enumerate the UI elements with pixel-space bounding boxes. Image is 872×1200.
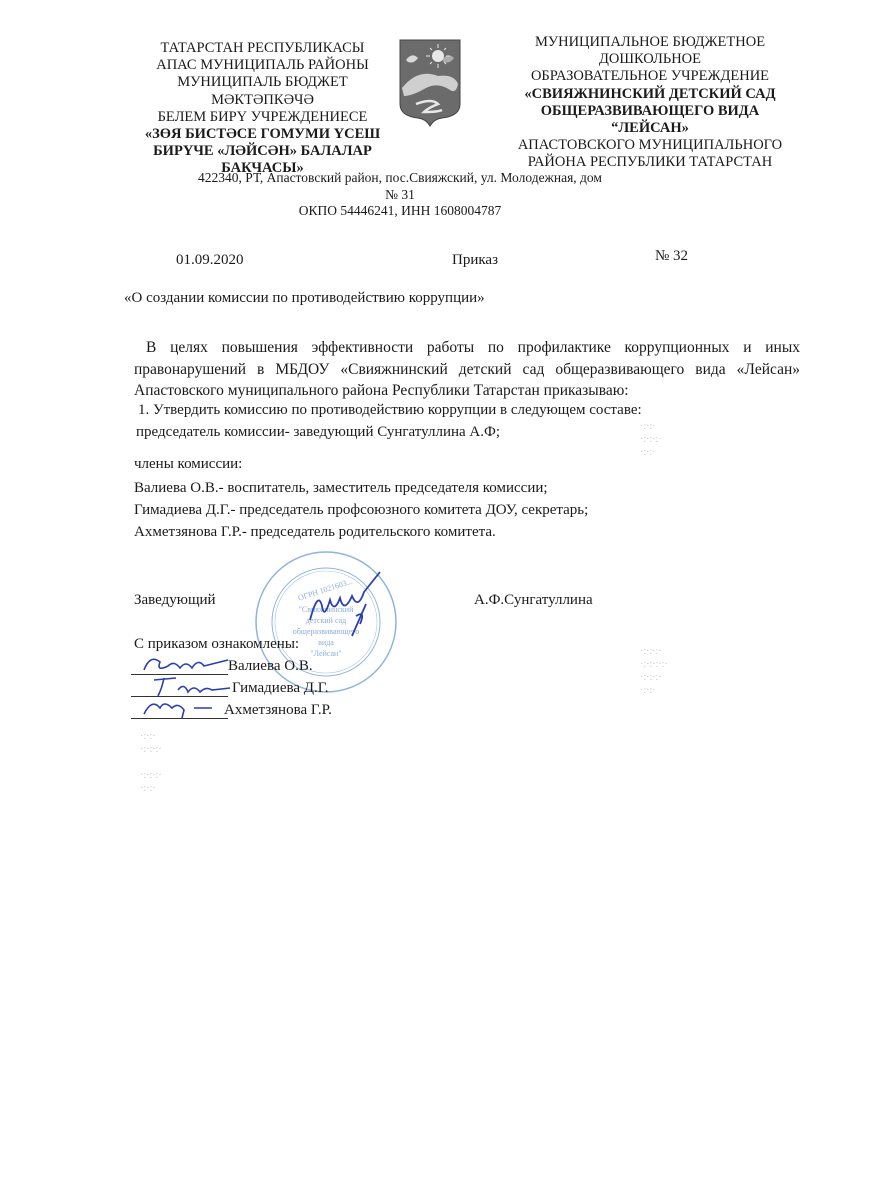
order-preamble: В целях повышения эффективности работы п… bbox=[134, 337, 800, 402]
acknowledgement-label: С приказом ознакомлены: bbox=[134, 636, 299, 653]
header-left-line: АПАС МУНИЦИПАЛЬ РАЙОНЫ bbox=[120, 57, 405, 74]
registry-codes: ОКПО 54446241, ИНН 1608004787 bbox=[190, 203, 610, 220]
order-date: 01.09.2020 bbox=[176, 252, 244, 269]
header-left-line: МУНИЦИПАЛЬ БЮДЖЕТ bbox=[120, 74, 405, 91]
order-title: «О создании комиссии по противодействию … bbox=[124, 290, 485, 307]
commission-chair: председатель комиссии- заведующий Сунгат… bbox=[136, 424, 500, 441]
header-right-bold-line: “ЛЕЙСАН» bbox=[500, 120, 800, 137]
address: 422340, РТ, Апастовский район, пос.Свияж… bbox=[190, 170, 610, 203]
header-left-line: ТАТАРСТАН РЕСПУБЛИКАСЫ bbox=[120, 40, 405, 57]
header-left-tatar: ТАТАРСТАН РЕСПУБЛИКАСЫ АПАС МУНИЦИПАЛЬ Р… bbox=[120, 40, 405, 178]
member-line: Валиева О.В.- воспитатель, заместитель п… bbox=[134, 480, 548, 497]
bleed-through-text: ·:·:··:·:·:··:·:· bbox=[640, 420, 662, 459]
order-number: № 32 bbox=[655, 248, 688, 265]
signatory-position: Заведующий bbox=[134, 592, 216, 609]
ack-name: Ахметзянова Г.Р. bbox=[224, 702, 332, 719]
header-right-bold-line: «СВИЯЖНИНСКИЙ ДЕТСКИЙ САД bbox=[500, 86, 800, 103]
header-left-bold-line: БИРҮЧЕ «ЛӘЙСӘН» БАЛАЛАР bbox=[120, 143, 405, 160]
bleed-through-text: ·:·:··:·:·:··:·:·:··:·:· bbox=[140, 730, 162, 795]
header-left-line: МӘКТӘПКӘЧӘ bbox=[120, 92, 405, 109]
member-line: Гимадиева Д.Г.- председатель профсоюзног… bbox=[134, 502, 588, 519]
header-right-russian: МУНИЦИПАЛЬНОЕ БЮДЖЕТНОЕ ДОШКОЛЬНОЕ ОБРАЗ… bbox=[500, 34, 800, 172]
svg-text:"Лейсан": "Лейсан" bbox=[310, 649, 341, 658]
order-item-1: 1. Утвердить комиссию по противодействию… bbox=[138, 402, 642, 419]
ack-name: Гимадиева Д.Г. bbox=[232, 680, 329, 697]
header-right-line: ДОШКОЛЬНОЕ bbox=[500, 51, 800, 68]
bleed-through-text: ·:·:·:··:·:·:·:··:·:·:··:·:· bbox=[640, 645, 668, 697]
header-right-line: ОБРАЗОВАТЕЛЬНОЕ УЧРЕЖДЕНИЕ bbox=[500, 68, 800, 85]
director-signature-icon bbox=[300, 570, 390, 645]
header-right-line: АПАСТОВСКОГО МУНИЦИПАЛЬНОГО bbox=[500, 137, 800, 154]
ack-name: Валиева О.В. bbox=[228, 658, 313, 675]
members-label: члены комиссии: bbox=[134, 456, 242, 473]
header-left-bold-line: «ЗӨЯ БИСТӘСЕ ГОМУМИ ҮСЕШ bbox=[120, 126, 405, 143]
address-block: 422340, РТ, Апастовский район, пос.Свияж… bbox=[190, 170, 610, 220]
header-right-line: МУНИЦИПАЛЬНОЕ БЮДЖЕТНОЕ bbox=[500, 34, 800, 51]
header-left-line: БЕЛЕМ БИРҮ УЧРЕЖДЕНИЕСЕ bbox=[120, 109, 405, 126]
header-right-bold-line: ОБЩЕРАЗВИВАЮЩЕГО ВИДА bbox=[500, 103, 800, 120]
order-type: Приказ bbox=[452, 252, 498, 269]
preamble-text: В целях повышения эффективности работы п… bbox=[134, 339, 800, 399]
signatory-name: А.Ф.Сунгатуллина bbox=[474, 592, 593, 609]
akhmetzyanova-signature-icon bbox=[138, 694, 228, 725]
member-line: Ахметзянова Г.Р.- председатель родительс… bbox=[134, 524, 496, 541]
coat-of-arms-icon bbox=[398, 38, 462, 128]
